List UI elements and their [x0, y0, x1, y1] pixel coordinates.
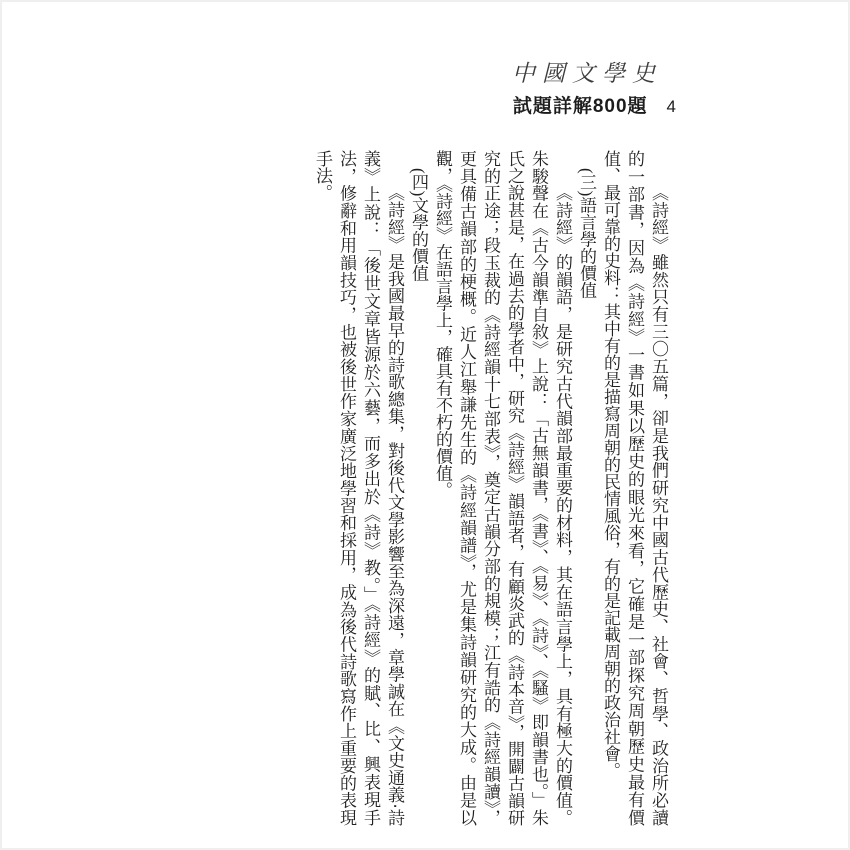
- paragraph-linguistic-value: 《詩經》的韻語，是研究古代韻部最重要的材料，其在語言學上，具有極大的價值。朱駿聲…: [430, 150, 574, 826]
- paragraph-literary-value: 《詩經》是我國最早的詩歌總集，對後代文學影響至為深遠，章學誠在《文史通義‧詩義》…: [310, 150, 406, 826]
- paragraph-historical-value: 《詩經》雖然只有三〇五篇，卻是我們研究中國古代歷史、社會、哲學、政治所必讀的一部…: [598, 150, 670, 826]
- book-title: 中國文學史: [512, 60, 676, 88]
- vertical-text-body: 《詩經》雖然只有三〇五篇，卻是我們研究中國古代歷史、社會、哲學、政治所必讀的一部…: [287, 150, 670, 826]
- book-page: 中國文學史 試題詳解800題 4 《詩經》雖然只有三〇五篇，卻是我們研究中國古代…: [0, 0, 850, 850]
- book-subtitle: 試題詳解800題: [513, 91, 648, 118]
- running-head-subtitle-row: 試題詳解800題 4: [513, 91, 676, 118]
- page-number: 4: [667, 97, 676, 117]
- running-head: 中國文學史 試題詳解800題 4: [512, 60, 676, 118]
- section-heading-linguistic-value: (三)語言學的價值: [574, 150, 598, 826]
- section-heading-literary-value: (四)文學的價值: [406, 150, 430, 826]
